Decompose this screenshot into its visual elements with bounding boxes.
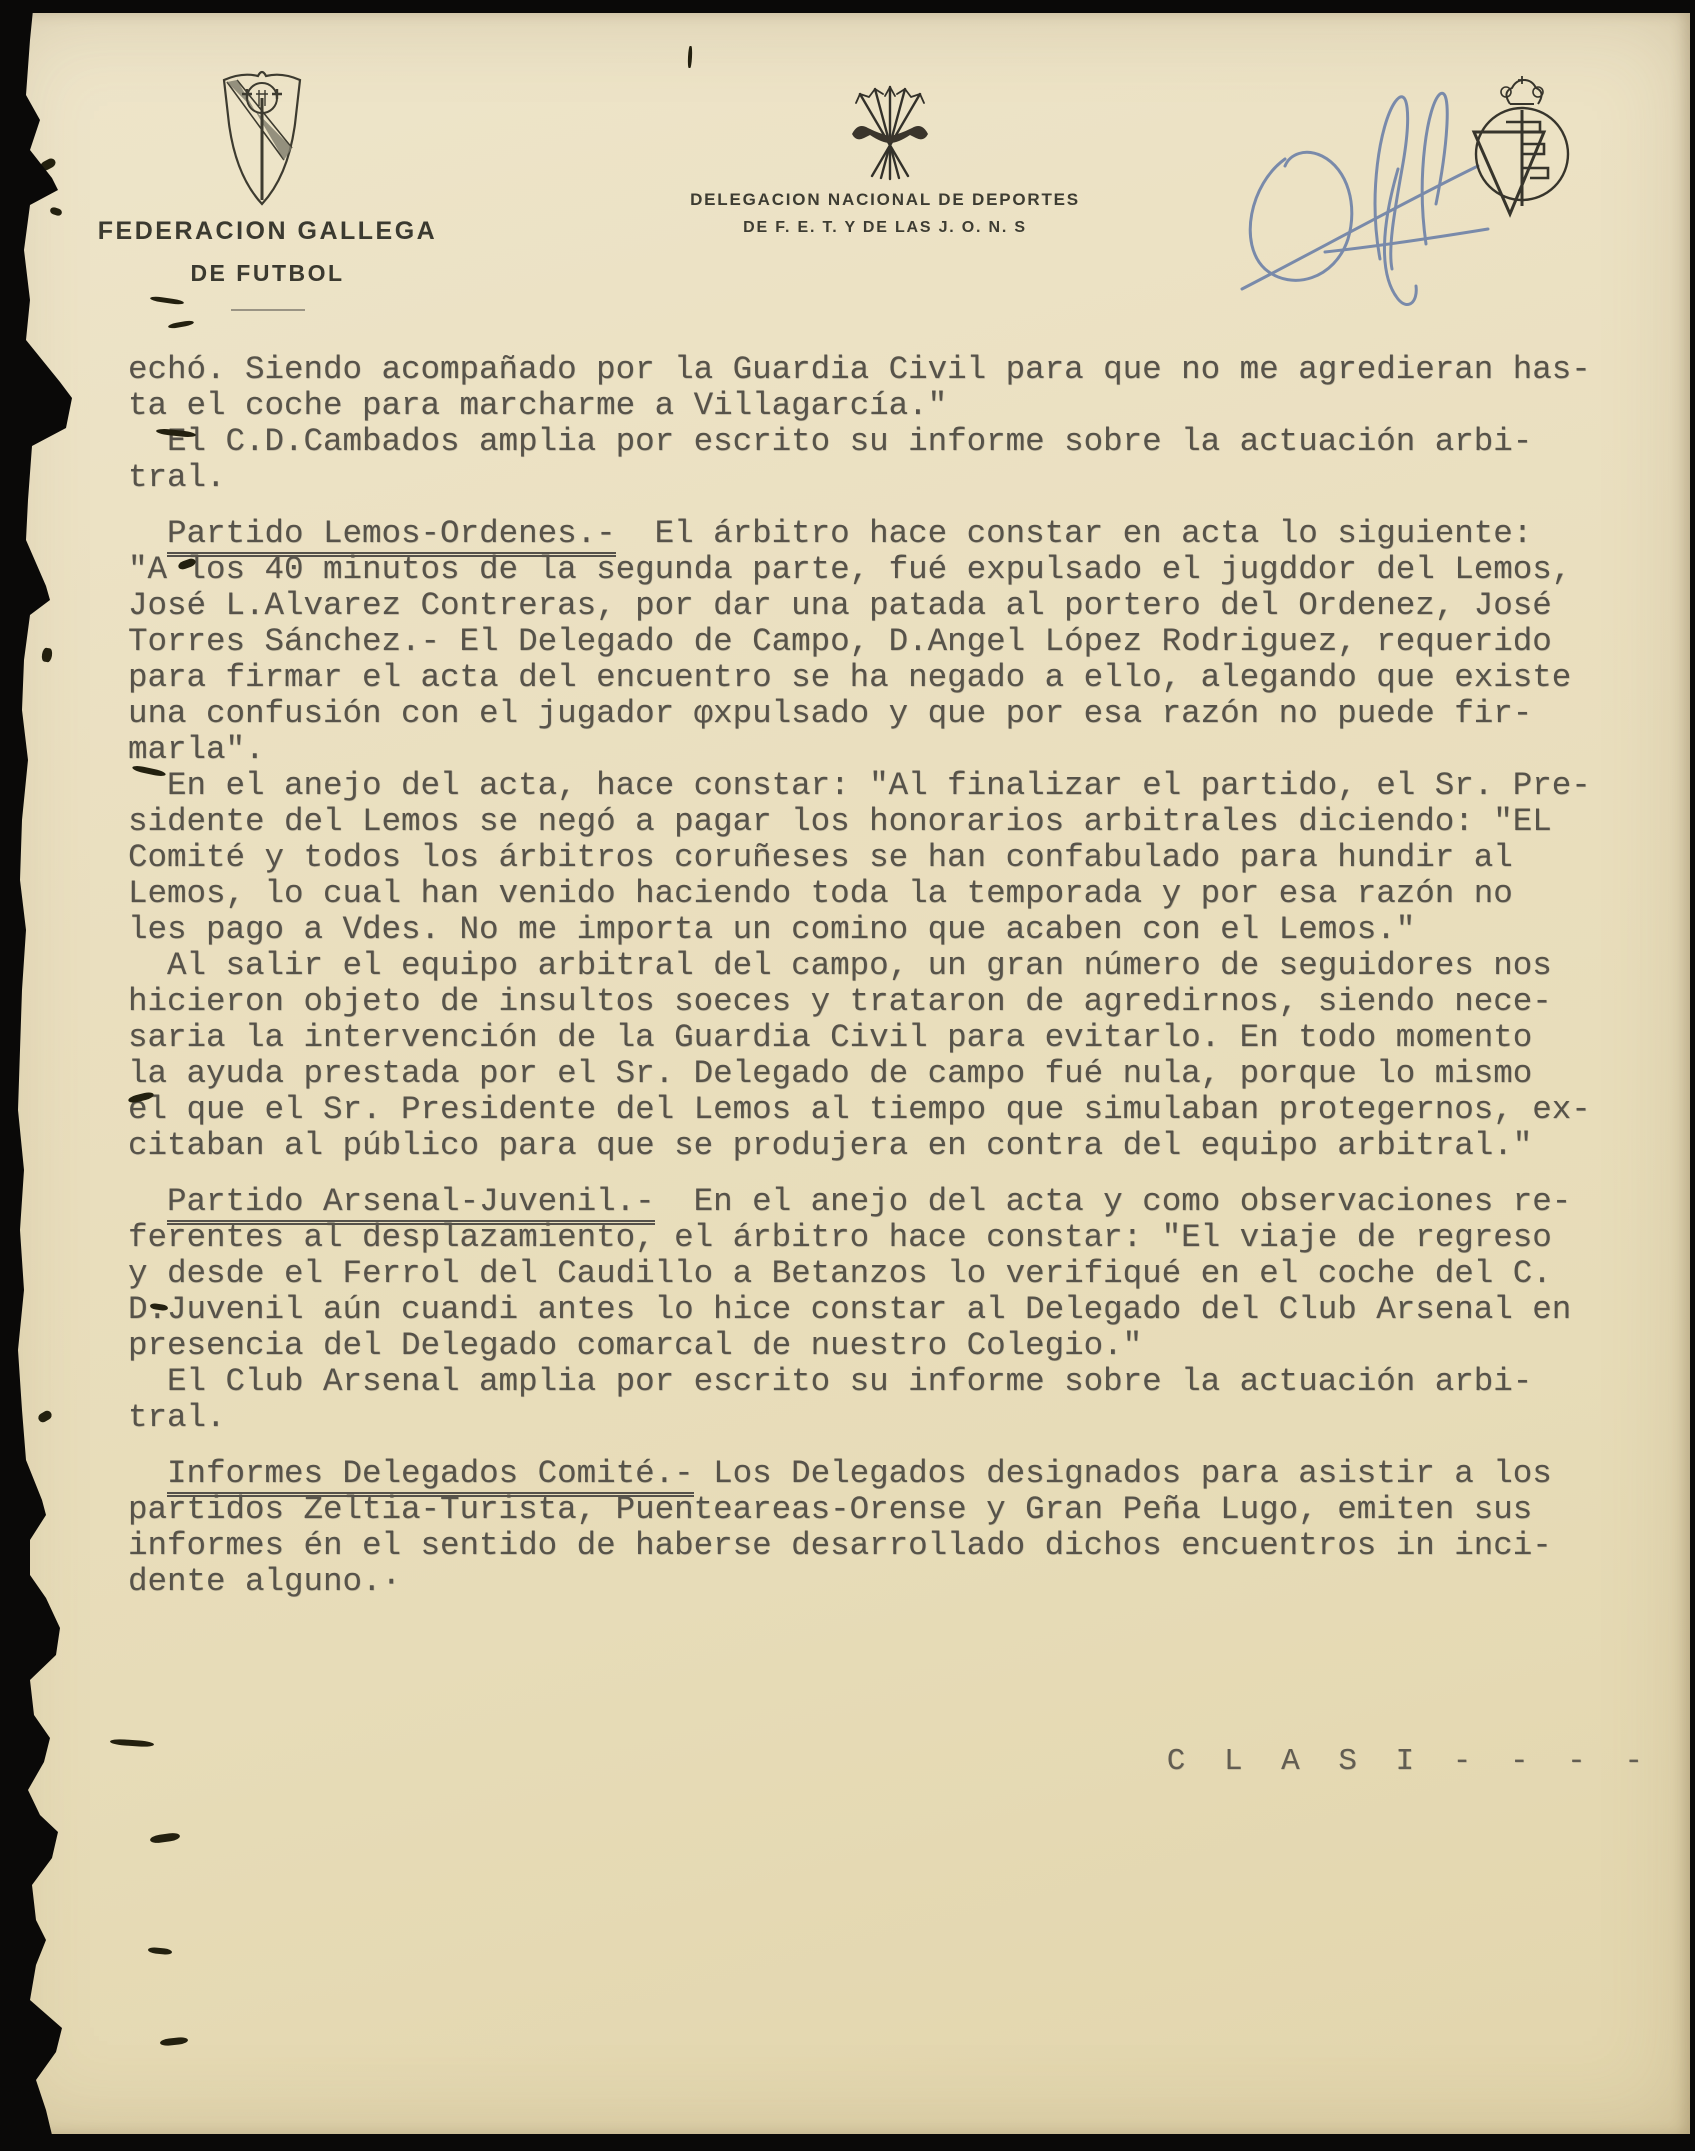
text-line: Partido Arsenal-Juvenil.- En el anejo de… bbox=[128, 1184, 1678, 1220]
body-text: echó. Siendo acompañado por la Guardia C… bbox=[128, 352, 1678, 1600]
paper-speck bbox=[687, 46, 692, 68]
text-line: y desde el Ferrol del Caudillo a Betanzo… bbox=[128, 1256, 1678, 1292]
paper-sheet: FEDERACION GALLEGA DE FUTBOL DELEGACION … bbox=[0, 12, 1691, 2135]
text-line: "A los 40 minutos de la segunda parte, f… bbox=[128, 552, 1678, 588]
text-line: sidente del Lemos se negó a pagar los ho… bbox=[128, 804, 1678, 840]
text-line: informes én el sentido de haberse desarr… bbox=[128, 1528, 1678, 1564]
federation-name-line2: DE FUTBOL bbox=[95, 260, 440, 287]
text-line: marla". bbox=[128, 732, 1678, 768]
text-line: citaban al público para que se produjera… bbox=[128, 1128, 1678, 1164]
letterhead-rule bbox=[231, 309, 305, 311]
text-line: El Club Arsenal amplia por escrito su in… bbox=[128, 1364, 1678, 1400]
text-line: dente alguno.· bbox=[128, 1564, 1678, 1600]
text-line: tral. bbox=[128, 1400, 1678, 1436]
scan-edge-right bbox=[1690, 0, 1695, 2151]
text-line: partidos Zeltia-Turista, Puenteareas-Ore… bbox=[128, 1492, 1678, 1528]
yoke-and-arrows-icon bbox=[842, 84, 938, 184]
paper-speck bbox=[148, 1947, 172, 1955]
text-line: Informes Delegados Comité.- Los Delegado… bbox=[128, 1456, 1678, 1492]
scanned-document-page: FEDERACION GALLEGA DE FUTBOL DELEGACION … bbox=[0, 0, 1695, 2151]
text-line: El C.D.Cambados amplia por escrito su in… bbox=[128, 424, 1678, 460]
paper-speck bbox=[168, 320, 194, 329]
text-line: Lemos, lo cual han venido haciendo toda … bbox=[128, 876, 1678, 912]
scan-edge-top bbox=[0, 0, 1695, 13]
crowned-crest-icon bbox=[1460, 74, 1580, 234]
classification-text: C L A S I - - - - bbox=[1167, 1744, 1653, 1779]
text-line: la ayuda prestada por el Sr. Delegado de… bbox=[128, 1056, 1678, 1092]
text-line: para firmar el acta del encuentro se ha … bbox=[128, 660, 1678, 696]
text-line: saria la intervención de la Guardia Civi… bbox=[128, 1020, 1678, 1056]
text-line: hicieron objeto de insultos soeces y tra… bbox=[128, 984, 1678, 1020]
paper-speck bbox=[150, 1832, 181, 1844]
paper-speck bbox=[160, 2037, 189, 2047]
paper-speck bbox=[110, 1738, 154, 1747]
text-line: una confusión con el jugador φxpulsado y… bbox=[128, 696, 1678, 732]
delegation-title-line1: DELEGACION NACIONAL DE DEPORTES bbox=[660, 190, 1110, 210]
scan-edge-bottom bbox=[0, 2134, 1695, 2151]
text-line: D.Juvenil aún cuandi antes lo hice const… bbox=[128, 1292, 1678, 1328]
text-line: José L.Alvarez Contreras, por dar una pa… bbox=[128, 588, 1678, 624]
fgf-shield-icon bbox=[212, 64, 312, 212]
federation-name-line1: FEDERACION GALLEGA bbox=[95, 217, 440, 246]
text-line: Comité y todos los árbitros coruñeses se… bbox=[128, 840, 1678, 876]
text-line: En el anejo del acta, hace constar: "Al … bbox=[128, 768, 1678, 804]
text-line: él que el Sr. Presidente del Lemos al ti… bbox=[128, 1092, 1678, 1128]
text-line: echó. Siendo acompañado por la Guardia C… bbox=[128, 352, 1678, 388]
text-line: ta el coche para marcharme a Villagarcía… bbox=[128, 388, 1678, 424]
text-line: Torres Sánchez.- El Delegado de Campo, D… bbox=[128, 624, 1678, 660]
text-line: les pago a Vdes. No me importa un comino… bbox=[128, 912, 1678, 948]
text-line: ferentes al desplazamiento, el árbitro h… bbox=[128, 1220, 1678, 1256]
federation-name: FEDERACION GALLEGA DE FUTBOL bbox=[95, 217, 440, 311]
text-line: presencia del Delegado comarcal de nuest… bbox=[128, 1328, 1678, 1364]
text-line: tral. bbox=[128, 460, 1678, 496]
text-line: Partido Lemos-Ordenes.- El árbitro hace … bbox=[128, 516, 1678, 552]
text-line: Al salir el equipo arbitral del campo, u… bbox=[128, 948, 1678, 984]
delegation-title-line2: DE F. E. T. Y DE LAS J. O. N. S bbox=[660, 219, 1110, 237]
delegation-title: DELEGACION NACIONAL DE DEPORTES DE F. E.… bbox=[660, 190, 1110, 237]
torn-edge bbox=[0, 0, 90, 2151]
